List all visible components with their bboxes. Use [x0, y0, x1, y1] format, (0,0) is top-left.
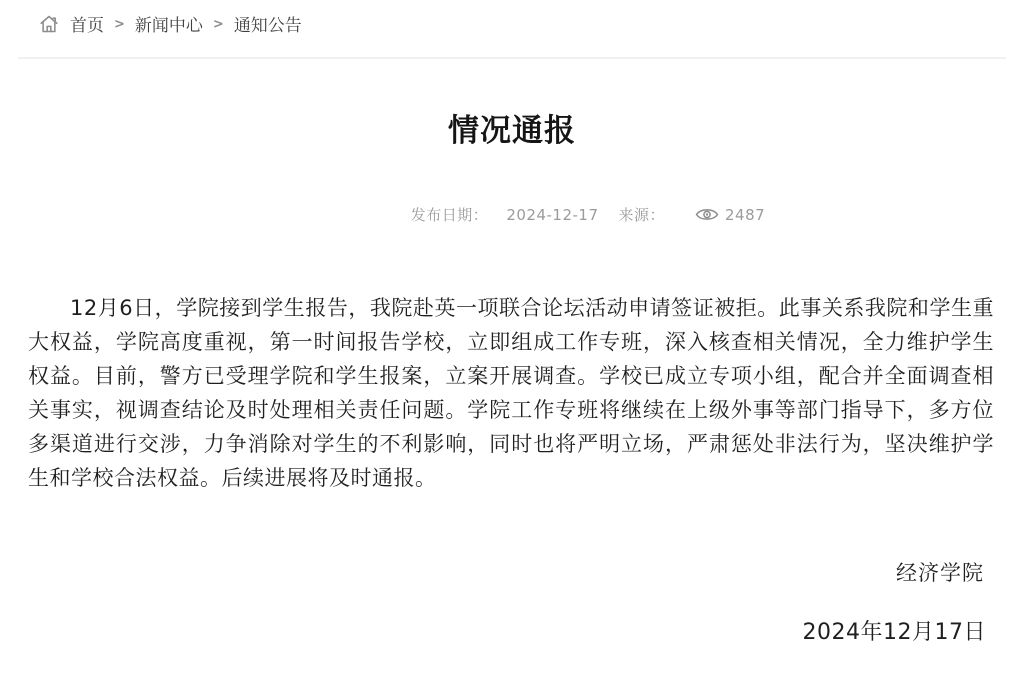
breadcrumb-item-notices[interactable]: 通知公告	[234, 11, 302, 36]
article-meta-row: 发布日期： 2024-12-17 来源： 2487	[411, 204, 765, 225]
article-body-paragraph: 12月6日，学院接到学生报告，我院赴英一项联合论坛活动申请签证被拒。此事关系我院…	[28, 291, 994, 495]
publish-date-label: 发布日期：	[411, 204, 489, 225]
breadcrumb-item-news-center[interactable]: 新闻中心	[135, 11, 203, 36]
breadcrumb: 首页 > 新闻中心 > 通知公告	[0, 0, 1024, 36]
breadcrumb-divider	[18, 57, 1006, 59]
signature-date: 2024年12月17日	[0, 615, 1024, 646]
eye-views-icon	[695, 206, 719, 223]
breadcrumb-separator-icon: >	[213, 17, 224, 32]
article: 情况通报 发布日期： 2024-12-17 来源： 2487 12月6日，学院接…	[0, 105, 1024, 646]
breadcrumb-item-home[interactable]: 首页	[70, 11, 104, 36]
publish-date-value: 2024-12-17	[506, 206, 598, 224]
source-label: 来源：	[619, 204, 666, 225]
article-meta: 发布日期： 2024-12-17 来源： 2487	[0, 204, 1024, 225]
page-title: 情况通报	[0, 105, 1024, 150]
signature-org: 经济学院	[0, 557, 1024, 587]
breadcrumb-separator-icon: >	[114, 17, 125, 32]
home-icon[interactable]	[38, 13, 60, 35]
view-count: 2487	[725, 206, 765, 224]
